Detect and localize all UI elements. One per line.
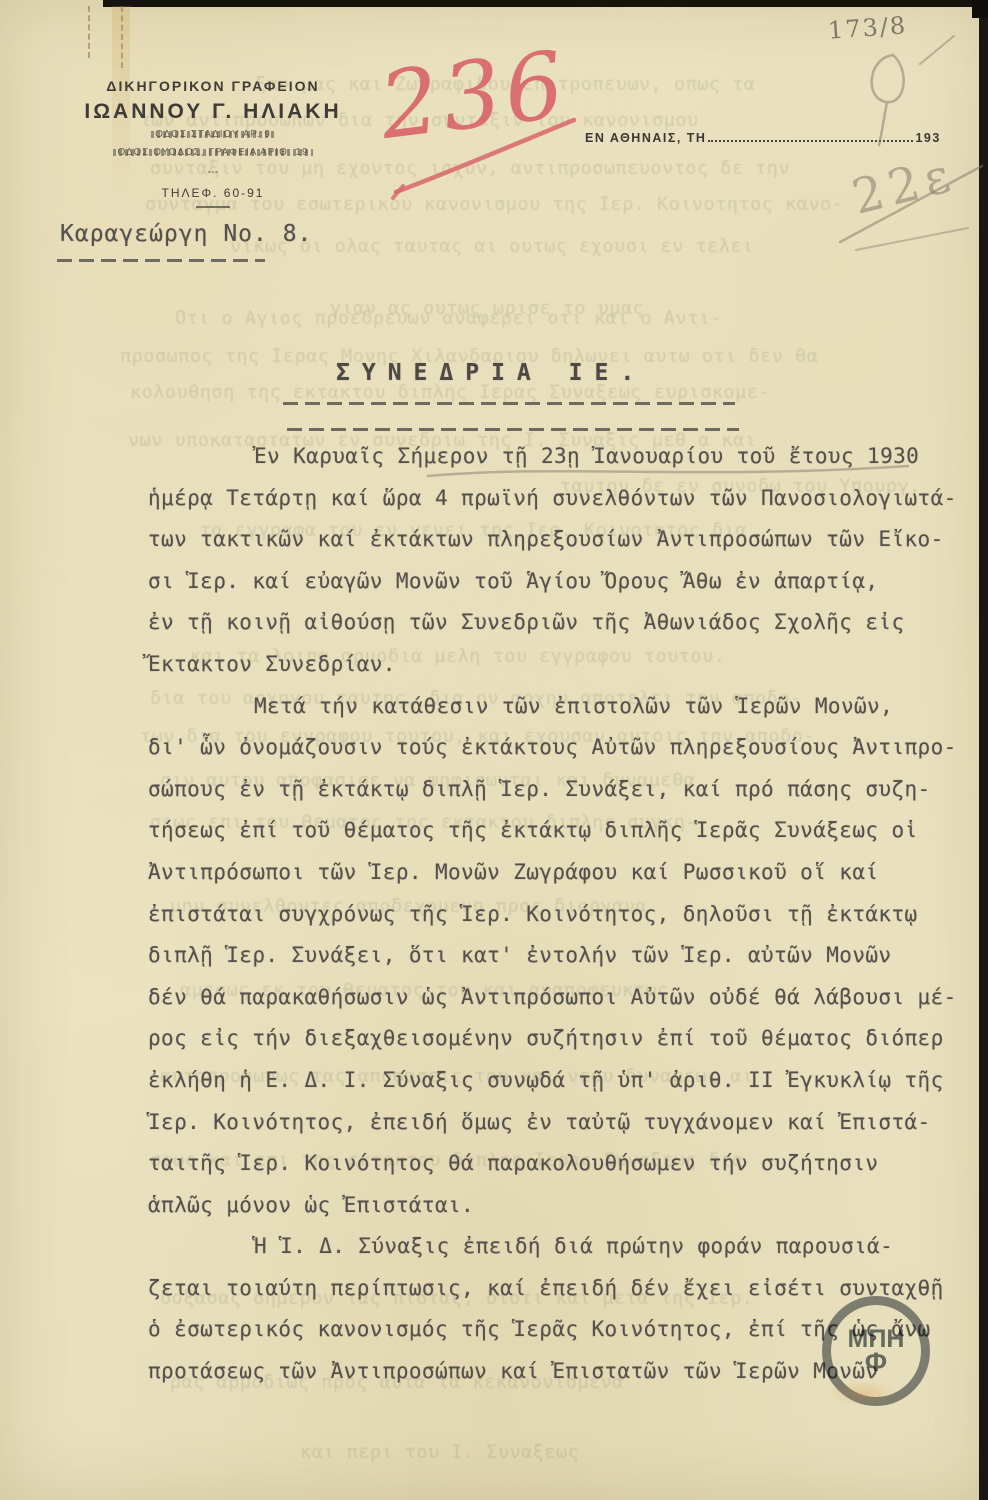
office-street-address: Καραγεώργη Νο. 8.	[60, 221, 312, 247]
body-line: των τακτικῶν καί ἐκτάκτων πληρεξουσίων Ἀ…	[148, 527, 958, 569]
body-line: ἐν τῇ κοινῇ αἰθούσῃ τῶν Συνεδριῶν τῆς Ἀθ…	[148, 610, 958, 652]
pencil-diagonal-stroke	[920, 36, 954, 64]
body-line: Ἀντιπρόσωποι τῶν Ἱερ. Μονῶν Ζωγράφου καί…	[148, 860, 958, 902]
letterhead: ΔΙΚΗΓΟΡΙΚΟΝ ΓΡΑΦΕΙΟΝ ΙΩΑΝΝΟΥ Γ. ΗΛΙΑΚΗ Ο…	[68, 78, 358, 208]
body-line: Ἔκτακτον Συνεδρίαν.	[148, 652, 958, 694]
body-line: τήσεως ἐπί τοῦ θέματος τῆς ἐκτάκτῳ διπλῆ…	[148, 818, 958, 860]
body-line: ζεται τοιαύτη περίπτωσις, καί ἐπειδή δέν…	[148, 1276, 958, 1318]
body-line: σι Ἱερ. καί εὐαγῶν Μονῶν τοῦ Ἁγίου Ὄρους…	[148, 569, 958, 611]
body-line: διπλῇ Ἱερ. Συνάξει, ὅτι κατ' ἐντολήν τῶν…	[148, 943, 958, 985]
stamp-phi-glyph: Φ	[865, 1351, 887, 1374]
perforation-mark	[88, 6, 90, 58]
letterhead-struck-address-2: ΟΔΟΣ ΟΥΟΔΟΣ, ΓΡΑΦΕΙΑ ΑΡΙΘ. 19	[117, 147, 308, 158]
pencil-cross-stroke-2	[856, 228, 968, 250]
body-line: δι' ὧν ὀνομάζουσιν τούς ἐκτάκτους Αὐτῶν …	[148, 735, 958, 777]
body-line: ἡμέρᾳ Τετάρτῃ καί ὥρα 4 πρωϊνή συνελθόντ…	[148, 486, 958, 528]
pencil-scribble: 22ε	[847, 146, 961, 225]
body-line: ἁπλῶς μόνον ὡς Ἐπιστάται.	[148, 1193, 958, 1235]
bleedthrough-fragment: και περι του Ι. Συναξεως	[300, 1442, 579, 1463]
archive-ref-pencil: 173/8	[827, 11, 908, 44]
letterhead-rule	[196, 206, 230, 208]
bleedthrough-fragment: Οτι ο Αγιος προεδρευων αναφερει οτι και …	[175, 308, 722, 329]
body-line: ἐκλήθη ἡ Ε. Δ. Ι. Σύναξις συνῳδά τῇ ὑπ' …	[148, 1068, 958, 1110]
scanned-document-page: { "annotations": { "red_folio_number": "…	[0, 0, 988, 1500]
address-dashed-underline	[57, 259, 265, 262]
letterhead-separator: -·-	[68, 166, 358, 178]
body-line: δέν θά παρακαθήσωσιν ὡς Ἀντιπρόσωποι Αὐτ…	[148, 985, 958, 1027]
date-year-prefix: 193	[915, 131, 940, 145]
scan-border-right	[979, 0, 988, 1500]
body-line: ταιτῆς Ἱερ. Κοινότητος θά παρακολουθήσωμ…	[148, 1151, 958, 1193]
letterhead-telephone: ΤΗΛΕΦ. 60-91	[68, 186, 358, 200]
scan-border-top	[103, 0, 988, 7]
title-dashed-rule-2	[287, 428, 739, 431]
body-line: ἐπιστάται συγχρόνως τῆς Ἱερ. Κοινότητος,…	[148, 902, 958, 944]
letterhead-name: ΙΩΑΝΝΟΥ Γ. ΗΛΙΑΚΗ	[68, 100, 358, 124]
date-line: ΕΝ ΑΘΗΝΑΙΣ, ΤΗ193	[585, 128, 941, 145]
letterhead-office-line: ΔΙΚΗΓΟΡΙΚΟΝ ΓΡΑΦΕΙΟΝ	[68, 78, 358, 94]
letterhead-struck-address-1: ΟΔΟΣ ΣΤΑΔΙΟΥ ΑΡ. 9	[155, 129, 271, 140]
title-dashed-rule-1	[283, 402, 735, 405]
body-line: ρος εἰς τήν διεξαχθεισομένην συζήτησιν ἐ…	[148, 1026, 958, 1068]
session-title: ΣΥΝΕΔΡΙΑ ΙΕ.	[336, 360, 646, 386]
stamp-stain	[828, 1380, 898, 1406]
body-line: Μετά τήν κατάθεσιν τῶν ἐπιστολῶν τῶν Ἱερ…	[148, 694, 958, 736]
red-folio-number: 236	[375, 39, 572, 153]
body-line: Ἐν Καρυαῖς Σήμερον τῇ 23ῃ Ἰανουαρίου τοῦ…	[148, 444, 958, 486]
date-dotted-leader	[708, 128, 913, 142]
body-line: σώπους ἐν τῇ ἐκτάκτῳ διπλῇ Ἱερ. Συνάξει,…	[148, 777, 958, 819]
scan-border-corner	[972, 0, 988, 18]
body-line: Ἱερ. Κοινότητος, ἐπειδή ὅμως ἐν ταὐτῷ τυ…	[148, 1110, 958, 1152]
minutes-body: Ἐν Καρυαῖς Σήμερον τῇ 23ῃ Ἰανουαρίου τοῦ…	[148, 444, 958, 1401]
body-line: Ἡ Ἱ. Δ. Σύναξις ἐπειδή διά πρώτην φοράν …	[148, 1234, 958, 1276]
date-line-label: ΕΝ ΑΘΗΝΑΙΣ, ΤΗ	[585, 131, 706, 145]
